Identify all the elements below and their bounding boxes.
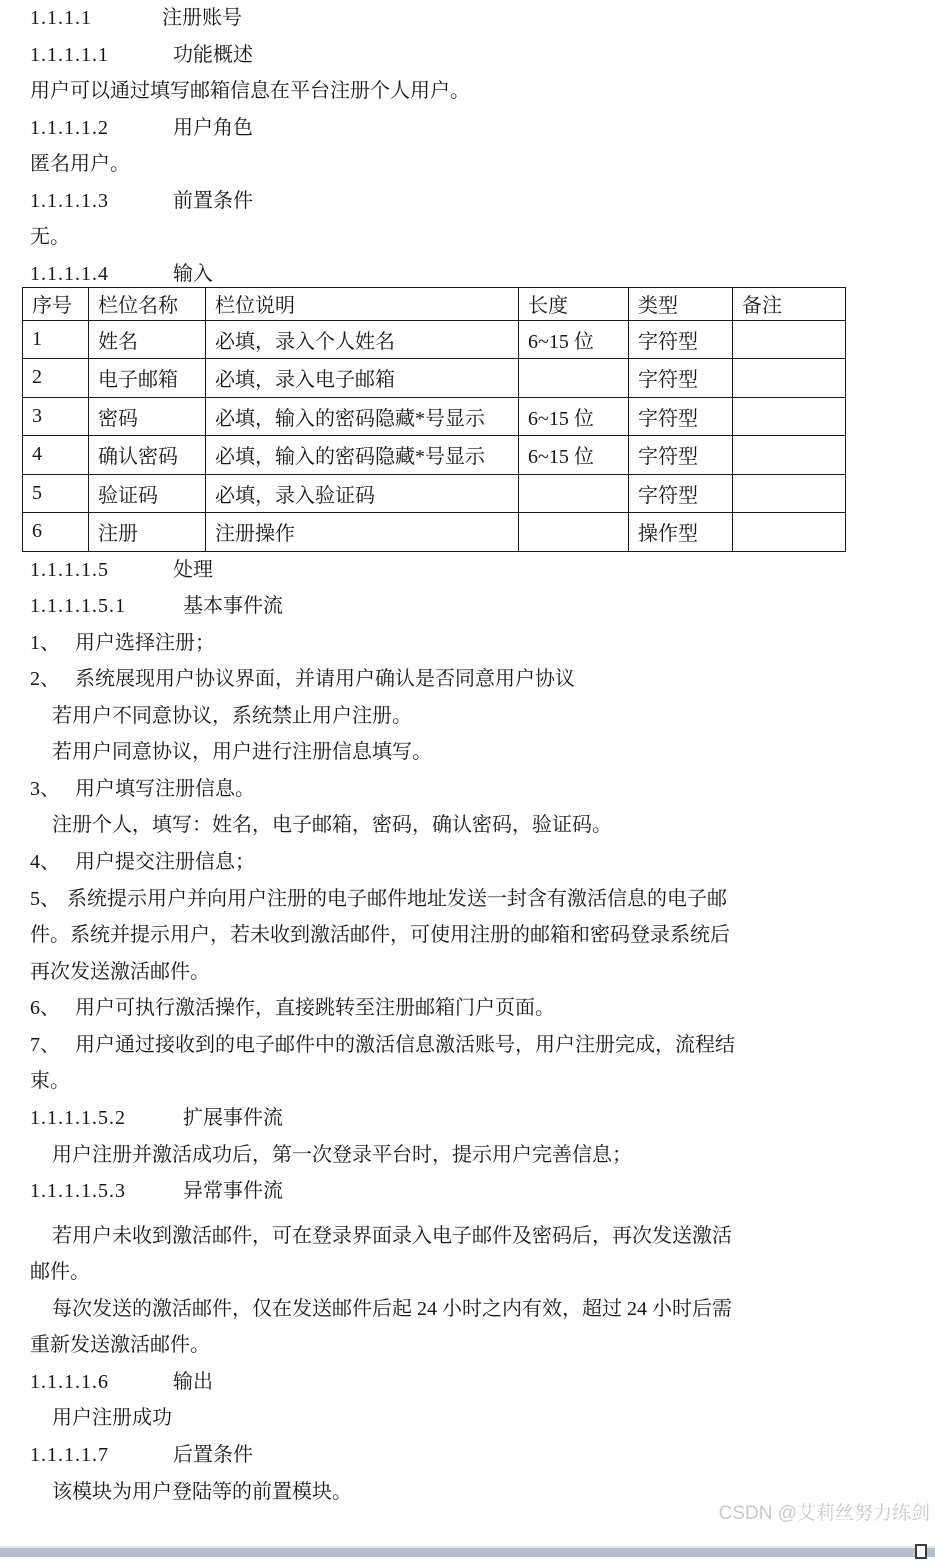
table-header-cell: 长度 [519,287,629,320]
heading-title: 功能概述 [173,44,253,66]
paragraph-exception-1-cont: 邮件。 [0,1254,935,1291]
paragraph-user-role: 匿名用户。 [0,146,935,183]
heading-title: 注册账号 [162,7,242,29]
heading-number: 1.1.1.1.4 [30,256,173,293]
table-header-cell: 备注 [733,287,846,320]
paragraph-preconditions: 无。 [0,219,935,256]
heading-title: 扩展事件流 [183,1107,283,1129]
flow-step-1: 1、用户选择注册； [0,625,935,662]
table-cell: 字符型 [629,397,733,436]
heading-number: 1.1.1.1.5.2 [30,1100,183,1137]
paragraph-output: 用户注册成功 [0,1400,935,1437]
table-cell [733,513,846,552]
table-row: 3 密码 必填，输入的密码隐藏*号显示 6~15 位 字符型 [23,397,846,436]
heading-user-role: 1.1.1.1.2用户角色 [0,110,935,147]
heading-processing: 1.1.1.1.5处理 [0,552,935,589]
table-cell [519,513,629,552]
table-cell [733,359,846,398]
heading-number: 1.1.1.1.2 [30,110,173,147]
table-header-cell: 类型 [629,287,733,320]
heading-title: 输出 [173,1371,213,1393]
heading-extended-event-flow: 1.1.1.1.5.2扩展事件流 [0,1100,935,1137]
table-cell: 注册 [89,513,206,552]
flow-step-6: 6、用户可执行激活操作，直接跳转至注册邮箱门户页面。 [0,990,935,1027]
table-cell: 密码 [89,397,206,436]
list-marker: 5、 [30,881,67,918]
table-cell: 6 [23,513,89,552]
flow-step-5: 5、系统提示用户并向用户注册的电子邮件地址发送一封含有激活信息的电子邮 [0,881,935,918]
flow-step-7-cont: 束。 [0,1063,935,1100]
table-cell [733,320,846,359]
heading-output: 1.1.1.1.6输出 [0,1364,935,1401]
heading-number: 1.1.1.1.1 [30,37,173,74]
heading-number: 1.1.1.1.7 [30,1437,173,1474]
heading-title: 后置条件 [173,1444,253,1466]
list-marker: 6、 [30,990,75,1027]
table-row: 6 注册 注册操作 操作型 [23,513,846,552]
list-text: 用户可执行激活操作，直接跳转至注册邮箱门户页面。 [75,997,555,1019]
table-cell: 必填，录入验证码 [206,474,519,513]
heading-title: 用户角色 [173,117,253,139]
heading-number: 1.1.1.1.5 [30,552,173,589]
flow-step-4: 4、用户提交注册信息； [0,844,935,881]
table-cell: 4 [23,436,89,475]
heading-register-account: 1.1.1.1注册账号 [0,0,935,37]
table-cell: 必填，录入电子邮箱 [206,359,519,398]
table-cell: 必填，录入个人姓名 [206,320,519,359]
heading-title: 输入 [173,263,213,285]
paragraph-extended-flow: 用户注册并激活成功后，第一次登录平台时，提示用户完善信息； [0,1137,935,1174]
list-marker: 7、 [30,1027,75,1064]
list-marker: 2、 [30,661,75,698]
table-cell: 姓名 [89,320,206,359]
paragraph-exception-2: 每次发送的激活邮件，仅在发送邮件后起 24 小时之内有效，超过 24 小时后需 [0,1291,935,1328]
heading-title: 基本事件流 [183,595,283,617]
heading-number: 1.1.1.1.5.3 [30,1173,183,1210]
list-text: 用户填写注册信息。 [75,778,255,800]
table-cell: 字符型 [629,320,733,359]
list-text: 用户选择注册； [75,632,215,654]
table-cell [519,359,629,398]
table-row: 4 确认密码 必填，输入的密码隐藏*号显示 6~15 位 字符型 [23,436,846,475]
heading-basic-event-flow: 1.1.1.1.5.1基本事件流 [0,588,935,625]
list-text: 用户提交注册信息； [75,851,255,873]
table-row: 2 电子邮箱 必填，录入电子邮箱 字符型 [23,359,846,398]
table-cell: 5 [23,474,89,513]
heading-number: 1.1.1.1.6 [30,1364,173,1401]
flow-step-5-cont-2: 再次发送激活邮件。 [0,954,935,991]
table-cell: 验证码 [89,474,206,513]
table-cell: 确认密码 [89,436,206,475]
document-body: 1.1.1.1注册账号 1.1.1.1.1功能概述 用户可以通过填写邮箱信息在平… [0,0,935,1510]
table-cell [733,436,846,475]
csdn-watermark: CSDN @艾莉丝努力练剑 [719,1498,930,1525]
heading-number: 1.1.1.1.3 [30,183,173,220]
paragraph-exception-1: 若用户未收到激活邮件，可在登录界面录入电子邮件及密码后，再次发送激活 [0,1218,935,1255]
table-cell [519,474,629,513]
table-cell: 3 [23,397,89,436]
list-marker: 4、 [30,844,75,881]
flow-step-2-branch-agree: 若用户同意协议，用户进行注册信息填写。 [0,734,935,771]
table-cell: 6~15 位 [519,397,629,436]
scrollbar-corner-mark [915,1544,927,1559]
table-cell: 6~15 位 [519,320,629,359]
flow-step-3-detail: 注册个人，填写：姓名，电子邮箱，密码，确认密码，验证码。 [0,807,935,844]
flow-step-5-cont-1: 件。系统并提示用户，若未收到激活邮件，可使用注册的邮箱和密码登录系统后 [0,917,935,954]
table-cell: 6~15 位 [519,436,629,475]
table-cell: 字符型 [629,359,733,398]
heading-title: 处理 [173,559,213,581]
table-row: 5 验证码 必填，录入验证码 字符型 [23,474,846,513]
table-cell: 操作型 [629,513,733,552]
paragraph-function-desc: 用户可以通过填写邮箱信息在平台注册个人用户。 [0,73,935,110]
list-marker: 3、 [30,771,75,808]
table-cell: 必填，输入的密码隐藏*号显示 [206,436,519,475]
heading-number: 1.1.1.1.5.1 [30,588,183,625]
heading-title: 异常事件流 [183,1180,283,1202]
table-cell [733,474,846,513]
table-cell: 1 [23,320,89,359]
list-text: 用户通过接收到的电子邮件中的激活信息激活账号，用户注册完成，流程结 [75,1034,735,1056]
heading-exception-event-flow: 1.1.1.1.5.3异常事件流 [0,1173,935,1210]
heading-function-overview: 1.1.1.1.1功能概述 [0,37,935,74]
table-cell: 2 [23,359,89,398]
paragraph-exception-2-cont: 重新发送激活邮件。 [0,1327,935,1364]
flow-step-3: 3、用户填写注册信息。 [0,771,935,808]
table-cell: 必填，输入的密码隐藏*号显示 [206,397,519,436]
list-text: 系统展现用户协议界面，并请用户确认是否同意用户协议 [75,668,575,690]
table-cell [733,397,846,436]
table-cell: 电子邮箱 [89,359,206,398]
flow-step-2-branch-disagree: 若用户不同意协议，系统禁止用户注册。 [0,698,935,735]
heading-postconditions: 1.1.1.1.7后置条件 [0,1437,935,1474]
table-row: 1 姓名 必填，录入个人姓名 6~15 位 字符型 [23,320,846,359]
heading-title: 前置条件 [173,190,253,212]
table-cell: 字符型 [629,474,733,513]
table-cell: 注册操作 [206,513,519,552]
heading-number: 1.1.1.1 [30,0,162,37]
input-fields-table: 序号 栏位名称 栏位说明 长度 类型 备注 1 姓名 必填，录入个人姓名 6~1… [22,287,846,552]
table-header-row: 序号 栏位名称 栏位说明 长度 类型 备注 [23,287,846,320]
flow-step-7: 7、用户通过接收到的电子邮件中的激活信息激活账号，用户注册完成，流程结 [0,1027,935,1064]
table-cell: 字符型 [629,436,733,475]
list-text: 系统提示用户并向用户注册的电子邮件地址发送一封含有激活信息的电子邮 [67,888,727,910]
horizontal-scrollbar-track[interactable] [0,1546,935,1557]
flow-step-2: 2、系统展现用户协议界面，并请用户确认是否同意用户协议 [0,661,935,698]
table-header-cell: 栏位说明 [206,287,519,320]
list-marker: 1、 [30,625,75,662]
heading-preconditions: 1.1.1.1.3前置条件 [0,183,935,220]
